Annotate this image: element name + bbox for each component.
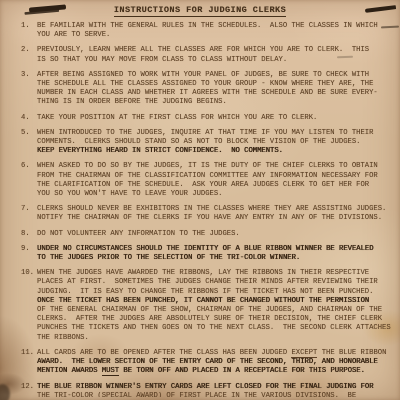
item-text-line: THE RIBBONS.	[37, 334, 396, 343]
item-number: 4.	[21, 114, 37, 123]
item-text: THE BLUE RIBBON WINNER'S ENTRY CARDS ARE…	[37, 383, 396, 397]
item-text-line: PLACES AT FIRST. SOMETIMES THE JUDGES CH…	[37, 278, 396, 287]
document-paper: INSTRUCTIONS FOR JUDGING CLERKS 1.BE FAM…	[0, 0, 400, 400]
item-text-line: DO NOT VOLUNTEER ANY INFORMATION TO THE …	[37, 230, 396, 239]
item-text-line: WHEN INTRODUCED TO THE JUDGES, INQUIRE A…	[37, 129, 396, 138]
instruction-item: 1.BE FAMILIAR WITH THE GENERAL RULES IN …	[21, 22, 396, 40]
ink-smudge-bottom-left-mark	[0, 384, 10, 400]
item-text-line: COMMENTS. CLERKS SHOULD STAND SO AS NOT …	[37, 138, 396, 147]
instruction-item: 10.WHEN THE JUDGES HAVE AWARDED THE RIBB…	[21, 269, 396, 343]
item-text: UNDER NO CIRCUMSTANCES SHOULD THE IDENTI…	[37, 245, 396, 263]
item-text-line: ALL CARDS ARE TO BE OPENED AFTER THE CLA…	[37, 349, 396, 358]
scanned-document-page: { "document": { "title": "INSTRUCTIONS F…	[0, 0, 400, 400]
item-text: WHEN INTRODUCED TO THE JUDGES, INQUIRE A…	[37, 129, 396, 157]
instruction-item: 8.DO NOT VOLUNTEER ANY INFORMATION TO TH…	[21, 230, 396, 239]
item-text: CLERKS SHOULD NEVER BE EXHIBITORS IN THE…	[37, 205, 396, 223]
item-text-line: MENTION AWARDS MUST BE TORN OFF AND PLAC…	[37, 367, 396, 376]
item-text-line: TAKE YOUR POSITION AT THE FIRST CLASS FO…	[37, 114, 396, 123]
instruction-item: 7.CLERKS SHOULD NEVER BE EXHIBITORS IN T…	[21, 205, 396, 223]
item-text-line: ONCE THE TICKET HAS BEEN PUNCHED, IT CAN…	[37, 297, 396, 306]
item-text-line: YOU SO YOU WON'T HAVE TO LEAVE YOUR JUDG…	[37, 190, 396, 199]
item-text-line: AFTER BEING ASSIGNED TO WORK WITH YOUR P…	[37, 71, 396, 80]
item-text: AFTER BEING ASSIGNED TO WORK WITH YOUR P…	[37, 71, 396, 108]
instruction-list: 1.BE FAMILIAR WITH THE GENERAL RULES IN …	[21, 22, 396, 400]
document-title-text: INSTRUCTIONS FOR JUDGING CLERKS	[114, 5, 286, 17]
instruction-item: 2.PREVIOUSLY, LEARN WHERE ALL THE CLASSE…	[21, 46, 396, 64]
item-number: 10.	[21, 269, 37, 343]
item-number: 3.	[21, 71, 37, 108]
item-text-line: THE BLUE RIBBON WINNER'S ENTRY CARDS ARE…	[37, 383, 396, 392]
item-number: 2.	[21, 46, 37, 64]
item-number: 6.	[21, 162, 37, 199]
item-text-line: NOTIFY THE CHAIRMAN OF THE CLERKS IF YOU…	[37, 214, 396, 223]
instruction-item: 11.ALL CARDS ARE TO BE OPENED AFTER THE …	[21, 349, 396, 377]
item-text-line: THING IS IN ORDER BEFORE THE JUDGING BEG…	[37, 98, 396, 107]
item-text-line: FROM THE CHAIRMAN OF THE CLASSIFICATION …	[37, 172, 396, 181]
item-number: 5.	[21, 129, 37, 157]
item-text: WHEN ASKED TO DO SO BY THE JUDGES, IT IS…	[37, 162, 396, 199]
item-number: 1.	[21, 22, 37, 40]
item-text-line: IS SO THAT YOU MAY MOVE FROM CLASS TO CL…	[37, 56, 396, 65]
item-text-line: BE FAMILIAR WITH THE GENERAL RULES IN TH…	[37, 22, 396, 31]
item-number: 8.	[21, 230, 37, 239]
instruction-item: 4.TAKE YOUR POSITION AT THE FIRST CLASS …	[21, 114, 396, 123]
instruction-item: 6.WHEN ASKED TO DO SO BY THE JUDGES, IT …	[21, 162, 396, 199]
item-text-line: JUDGING. IT IS EASY TO CHANGE THE RIBBON…	[37, 288, 396, 297]
item-text: DO NOT VOLUNTEER ANY INFORMATION TO THE …	[37, 230, 396, 239]
item-text: ALL CARDS ARE TO BE OPENED AFTER THE CLA…	[37, 349, 396, 377]
item-text-line: PUNCHES THE TICKETS AND THEN GOES ON TO …	[37, 324, 396, 333]
item-text-line: PREVIOUSLY, LEARN WHERE ALL THE CLASSES …	[37, 46, 396, 55]
instruction-item: 3.AFTER BEING ASSIGNED TO WORK WITH YOUR…	[21, 71, 396, 108]
item-text-line: THE TRI-COLOR (SPECIAL AWARD) OF FIRST P…	[37, 392, 396, 397]
instruction-item: 12.THE BLUE RIBBON WINNER'S ENTRY CARDS …	[21, 383, 396, 397]
item-number: 9.	[21, 245, 37, 263]
item-text: BE FAMILIAR WITH THE GENERAL RULES IN TH…	[37, 22, 396, 40]
instruction-item: 5.WHEN INTRODUCED TO THE JUDGES, INQUIRE…	[21, 129, 396, 157]
item-text-line: THE SCHEDULE ALL THE CLASSES ASSIGNED TO…	[37, 80, 396, 89]
item-text: TAKE YOUR POSITION AT THE FIRST CLASS FO…	[37, 114, 396, 123]
item-text-line: WHEN ASKED TO DO SO BY THE JUDGES, IT IS…	[37, 162, 396, 171]
item-text-line: OF THE GENERAL CHAIRMAN OF THE SHOW, CHA…	[37, 306, 396, 315]
item-text: PREVIOUSLY, LEARN WHERE ALL THE CLASSES …	[37, 46, 396, 64]
item-text-line: YOU ARE TO SERVE.	[37, 31, 396, 40]
item-number: 11.	[21, 349, 37, 377]
item-text-line: AWARD. THE LOWER SECTION OF THE ENTRY CA…	[37, 358, 396, 367]
instruction-item: 9.UNDER NO CIRCUMSTANCES SHOULD THE IDEN…	[21, 245, 396, 263]
item-text-line: KEEP EVERYTHING HEARD IN STRICT CONFIDEN…	[37, 147, 396, 156]
item-text-line: THE CLARIFICATION OF THE SCHEDULE. ASK Y…	[37, 181, 396, 190]
item-number: 7.	[21, 205, 37, 223]
item-text-line: UNDER NO CIRCUMSTANCES SHOULD THE IDENTI…	[37, 245, 396, 254]
item-number: 12.	[21, 383, 37, 397]
item-text-line: TO THE JUDGES PRIOR TO THE SELECTION OF …	[37, 254, 396, 263]
item-text: WHEN THE JUDGES HAVE AWARDED THE RIBBONS…	[37, 269, 396, 343]
